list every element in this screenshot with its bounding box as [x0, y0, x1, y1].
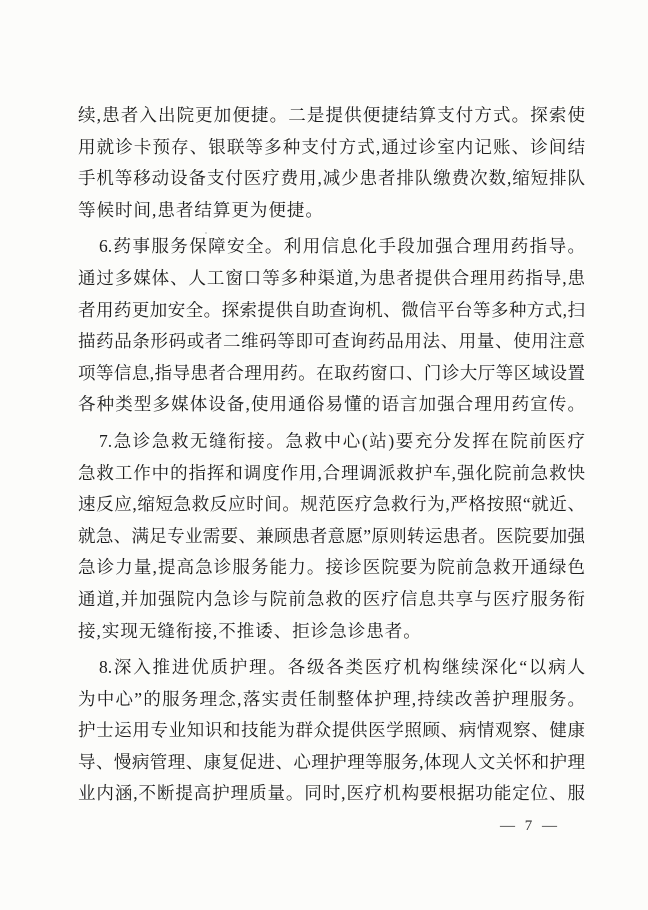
text-line: 用就诊卡预存、银联等多种支付方式,通过诊室内记账、诊间结算、	[78, 132, 585, 164]
text-line: 7.急诊急救无缝衔接。急救中心(站)要充分发挥在院前医疗	[78, 426, 585, 458]
text-line: 项等信息,指导患者合理用药。在取药窗口、门诊大厅等区域设置	[78, 358, 585, 390]
text-line: 就急、满足专业需要、兼顾患者意愿”原则转运患者。医院要加强	[78, 521, 585, 553]
text-line: 通道,并加强院内急诊与院前急救的医疗信息共享与医疗服务衔	[78, 584, 585, 616]
scan-speck	[395, 785, 397, 787]
text-line: 8.深入推进优质护理。各级各类医疗机构继续深化“以病人	[78, 652, 585, 684]
scan-speck	[205, 232, 207, 234]
text-line: 等候时间,患者结算更为便捷。	[78, 195, 585, 227]
document-page: 续,患者入出院更加便捷。二是提供便捷结算支付方式。探索使用就诊卡预存、银联等多种…	[0, 0, 648, 910]
scan-speck	[262, 558, 265, 561]
page-number: — 7 —	[78, 818, 585, 835]
text-line: 通过多媒体、人工窗口等多种渠道,为患者提供合理用药指导,患	[78, 263, 585, 295]
text-line: 各种类型多媒体设备,使用通俗易懂的语言加强合理用药宣传。	[78, 389, 585, 421]
text-line: 为中心”的服务理念,落实责任制整体护理,持续改善护理服务。	[78, 684, 585, 716]
text-line: 导、慢病管理、康复促进、心理护理等服务,体现人文关怀和护理专	[78, 747, 585, 779]
text-line: 速反应,缩短急救反应时间。规范医疗急救行为,严格按照“就近、	[78, 489, 585, 521]
text-line: 续,患者入出院更加便捷。二是提供便捷结算支付方式。探索使	[78, 100, 585, 132]
text-line: 接,实现无缝衔接,不推诿、拒诊急诊患者。	[78, 616, 585, 648]
text-line: 急诊力量,提高急诊服务能力。接诊医院要为院前急救开通绿色	[78, 552, 585, 584]
text-line: 描药品条形码或者二维码等即可查询药品用法、用量、使用注意事	[78, 326, 585, 358]
text-line: 6.药事服务保障安全。利用信息化手段加强合理用药指导。	[78, 231, 585, 263]
document-body: 续,患者入出院更加便捷。二是提供便捷结算支付方式。探索使用就诊卡预存、银联等多种…	[78, 100, 585, 810]
text-line: 业内涵,不断提高护理质量。同时,医疗机构要根据功能定位、服	[78, 778, 585, 810]
text-line: 手机等移动设备支付医疗费用,减少患者排队缴费次数,缩短排队	[78, 163, 585, 195]
text-line: 护士运用专业知识和技能为群众提供医学照顾、病情观察、健康指	[78, 715, 585, 747]
text-line: 者用药更加安全。探索提供自助查询机、微信平台等多种方式,扫	[78, 295, 585, 327]
text-line: 急救工作中的指挥和调度作用,合理调派救护车,强化院前急救快	[78, 458, 585, 490]
